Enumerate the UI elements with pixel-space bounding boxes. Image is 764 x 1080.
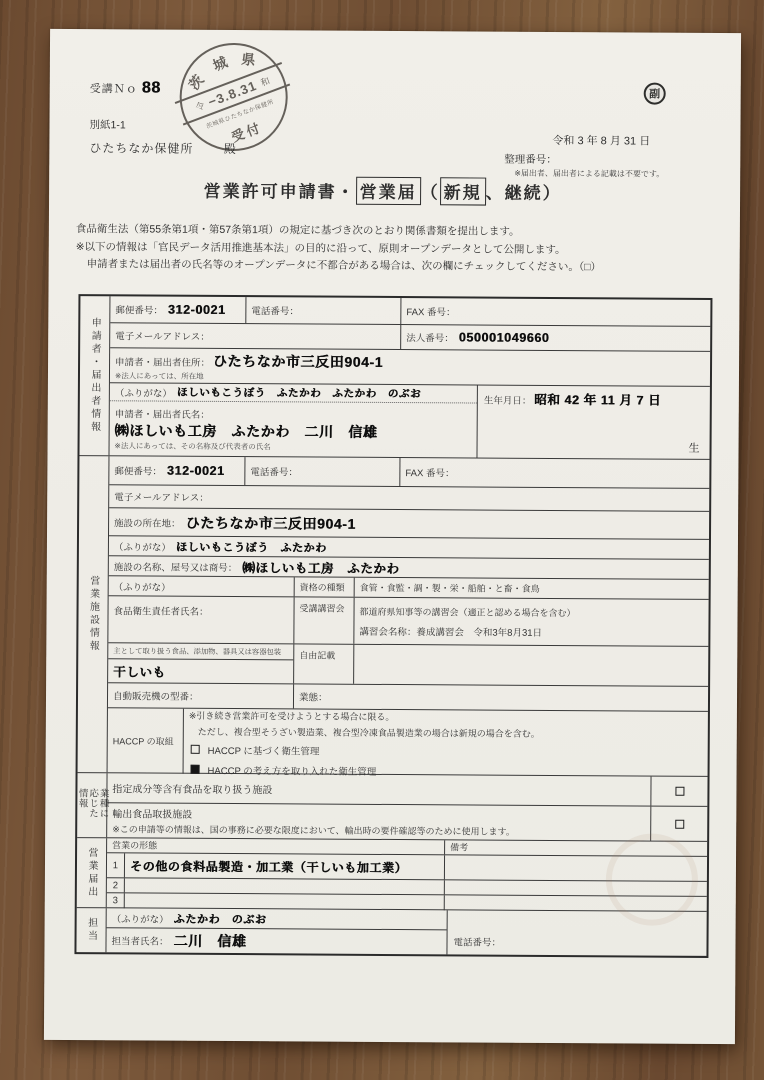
furigana-value: ほしいもこうぼう ふたかわ ふたかわ のぶお	[177, 385, 421, 401]
designated-ingredients-label: 指定成分等含有食品を取り扱う施設	[112, 780, 272, 796]
by-type-section-label-cell: 業種に応じた情報	[77, 773, 107, 837]
facility-section-label-cell: 営業施設情報	[78, 456, 110, 772]
form-date: 令和 3 年 8 月 31 日	[552, 132, 650, 149]
addressed-office: ひたちなか保健所 殿	[89, 139, 236, 157]
title-suffix: 、継続）	[486, 184, 562, 203]
designated-ingredients-row: 指定成分等含有食品を取り扱う施設	[107, 773, 707, 807]
applicant-name-value: ㈱ほしいも工房 ふたかわ 二川 信雄	[115, 420, 472, 442]
course-name: 講習会名称：養成講習会 令和3年8月31日	[359, 623, 703, 639]
intro-line-1: 食品衛生法（第55条第1項・第57条第1項）の規定に基づき次のとおり関係書類を提…	[76, 223, 520, 238]
hygiene-manager-label: 食品衛生責任者氏名：	[114, 603, 209, 618]
applicant-address-row: 申請者・届出者住所： ひたちなか市三反田904-1 ※法人にあっては、所在地	[110, 348, 710, 387]
applicant-name-note: ※法人にあっては、その名称及び代表者の氏名	[115, 440, 472, 453]
postal-value: 312-0021	[168, 303, 226, 317]
main-items-row: 主として取り扱う食品、添加物、器具又は容器包装 干しいも 自由記載	[108, 643, 708, 687]
contact-section: 担当 （ふりがな）ふたかわ のぶお 担当者氏名：二川 信雄 電話番号：	[76, 908, 706, 956]
course-number-label: 受講Ｎｏ	[90, 83, 138, 95]
postal-value: 312-0021	[167, 464, 225, 478]
contact-name-value: 二川 信雄	[173, 931, 246, 951]
business-form-label: 営業の形態	[112, 838, 157, 851]
stamp-era-right: 和	[259, 74, 272, 89]
birthdate-label: 生年月日：	[484, 396, 532, 407]
applicant-email-row: 電子メールアドレス： 法人番号：050001049660	[110, 323, 710, 352]
furigana-label: （ふりがな）	[112, 911, 169, 925]
haccp-option2-checkbox-checked	[191, 765, 200, 774]
facility-postal-row: 郵便番号：312-0021 電話番号： FAX 番号：	[109, 456, 709, 489]
stamp-era-left: 令	[193, 98, 206, 113]
intro-line-3: 申請者または届出者の氏名等のオープンデータに不都合がある場合は、次の欄にチェック…	[76, 256, 692, 277]
location-value: ひたちなか市三反田904-1	[186, 512, 356, 533]
contact-section-label-cell: 担当	[76, 908, 106, 952]
contact-furigana-value: ふたかわ のぶお	[174, 910, 267, 927]
reference-number-label: 整理番号：	[504, 152, 557, 167]
fax-label: FAX 番号：	[405, 465, 454, 479]
furigana-label: （ふりがな）	[114, 579, 171, 593]
postal-label: 郵便番号：	[114, 463, 162, 477]
business-section-label: 営業届出	[84, 847, 99, 899]
qualification-type-options: 食管・食監・調・製・栄・船舶・と畜・食鳥	[360, 581, 540, 595]
row-number: 2	[113, 880, 118, 891]
location-label: 施設の所在地：	[114, 515, 181, 529]
address-value: ひたちなか市三反田904-1	[213, 352, 383, 369]
fax-label: FAX 番号：	[406, 304, 455, 318]
copy-mark-badge: 副	[644, 83, 666, 105]
qualification-type-label: 資格の種類	[300, 580, 345, 593]
office-honorific: 殿	[224, 142, 237, 156]
furigana-label: （ふりがな）	[114, 539, 171, 553]
by-type-section-label: 業種に応じた情報	[76, 788, 108, 822]
course-number-value: 88	[142, 79, 161, 96]
course-attended-label: 受講講習会	[300, 601, 345, 614]
course-value: 都道府県知事等の講習会（適正と認める場合を含む）	[360, 604, 704, 619]
free-entry-cell	[353, 645, 708, 686]
applicant-postal-row: 郵便番号：312-0021 電話番号： FAX 番号：	[110, 296, 710, 327]
office-name: ひたちなか保健所	[89, 141, 193, 156]
postal-label: 郵便番号：	[115, 302, 163, 316]
address-note: ※法人にあっては、所在地	[115, 370, 705, 385]
contact-name-label: 担当者氏名：	[111, 933, 168, 947]
application-form-paper: 受講Ｎｏ 88 茨 城 県 令 −3.8.31 和 茨城県ひたちなか保健所 受付…	[44, 29, 741, 1044]
title-prefix: 営業許可申請書・	[204, 182, 356, 202]
corp-no-label: 法人番号：	[406, 330, 454, 344]
business-type-value: その他の食料品製造・加工業（干しいも加工業）	[130, 857, 407, 876]
haccp-row: HACCP の取組 ※引き続き営業許可を受けようとする場合に限る。 ただし、複合…	[108, 708, 708, 777]
tel-label: 電話番号：	[251, 303, 299, 317]
contact-section-label: 担当	[84, 917, 99, 943]
birthdate-cell: 生年月日： 昭和 42 年 11 月 7 日 生	[476, 386, 709, 460]
haccp-label: HACCP の取組	[113, 734, 174, 747]
sheet-number: 別紙1-1	[89, 117, 125, 132]
stamp-pref-char: 県	[240, 49, 256, 70]
haccp-option1-checkbox	[191, 745, 200, 754]
by-type-section: 業種に応じた情報 指定成分等含有食品を取り扱う施設 輸出食品取扱施設 ※この申請…	[77, 773, 707, 842]
address-label: 申請者・届出者住所：	[115, 357, 210, 369]
birthdate-value: 昭和 42 年 11 月 7 日	[534, 393, 661, 408]
corp-no-value: 050001049660	[459, 330, 550, 345]
course-number: 受講Ｎｏ 88	[90, 79, 161, 97]
tel-label: 電話番号：	[250, 464, 298, 478]
furigana-label: （ふりがな）	[115, 385, 172, 399]
title-paren: （	[421, 183, 440, 202]
export-facility-row: 輸出食品取扱施設 ※この申請等の情報は、国の事務に必要な限度において、輸出時の要…	[107, 803, 707, 841]
main-items-value: 干しいも	[113, 662, 166, 680]
page-title: 営業許可申請書・営業届（新規、継続）	[37, 175, 728, 207]
haccp-option1-label: HACCP に基づく衛生管理	[208, 742, 320, 757]
facility-location-row: 施設の所在地：ひたちなか市三反田904-1	[109, 508, 709, 540]
business-state-label: 業態：	[299, 689, 328, 703]
intro-paragraph: 食品衛生法（第55条第1項・第57条第1項）の規定に基づき次のとおり関係書類を提…	[76, 221, 692, 278]
haccp-note-2: ただし、複合型そうざい製造業、複合型冷凍食品製造業の場合は新規の場合を含む。	[189, 724, 703, 740]
email-label: 電子メールアドレス：	[114, 489, 209, 504]
row-number: 1	[113, 860, 118, 871]
row-number: 3	[113, 895, 118, 906]
haccp-note-1: ※引き続き営業許可を受けようとする場合に限る。	[189, 708, 703, 724]
hygiene-manager-row: 食品衛生責任者氏名： 受講講習会 都道府県知事等の講習会（適正と認める場合を含む…	[108, 596, 708, 647]
contact-tel-label: 電話番号：	[453, 937, 501, 948]
intro-line-2: ※以下の情報は「官民データ活用推進基本法」の目的に沿って、原則オープンデータとし…	[76, 241, 566, 256]
facility-name-value: ㈱ほしいも工房 ふたかわ	[242, 558, 399, 577]
remarks-label: 備考	[450, 840, 468, 853]
vending-model-label: 自動販売機の型番：	[113, 688, 199, 703]
export-facility-label: 輸出食品取扱施設	[112, 805, 645, 823]
export-facility-checkbox	[675, 819, 684, 828]
photo-of-form: { "colors": { "paper": "#f0eee9", "wood_…	[0, 0, 764, 1080]
furigana-value: ほしいもこうぼう ふたかわ	[176, 538, 327, 555]
facility-section: 営業施設情報 郵便番号：312-0021 電話番号： FAX 番号： 電子メール…	[78, 456, 710, 777]
business-section-label-cell: 営業届出	[77, 838, 107, 907]
title-boxed-notification: 営業届	[356, 177, 421, 205]
export-facility-note: ※この申請等の情報は、国の事務に必要な限度において、輸出時の要件確認等のために使…	[112, 822, 645, 838]
free-entry-label: 自由記載	[299, 648, 335, 661]
faint-verso-stamp	[606, 833, 699, 926]
main-items-label: 主として取り扱う食品、添加物、器具又は容器包装	[113, 646, 281, 657]
designated-ingredients-checkbox	[675, 787, 684, 796]
facility-name-label: 施設の名称、屋号又は商号：	[114, 559, 238, 574]
email-label: 電子メールアドレス：	[115, 328, 210, 343]
title-boxed-new: 新規	[440, 177, 486, 205]
applicant-section: 申請者・届出者情報 郵便番号：312-0021 電話番号： FAX 番号： 電子…	[79, 296, 710, 460]
birthdate-suffix: 生	[484, 439, 704, 456]
facility-section-label: 営業施設情報	[85, 575, 100, 653]
applicant-name-block: （ふりがな）ほしいもこうぼう ふたかわ ふたかわ のぶお 申請者・届出者氏名： …	[109, 383, 709, 460]
applicant-section-label-cell: 申請者・届出者情報	[79, 296, 110, 455]
applicant-section-label: 申請者・届出者情報	[87, 317, 103, 434]
